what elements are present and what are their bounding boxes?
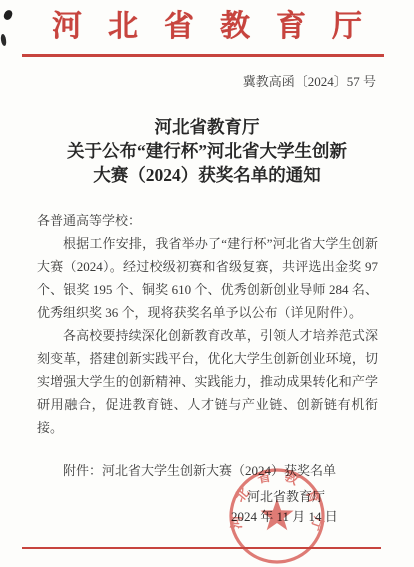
official-seal: 河北省教育厅 — [226, 464, 328, 567]
footer-divider — [22, 547, 381, 549]
star-icon — [260, 499, 293, 531]
masthead: 河北省教育厅 — [0, 10, 414, 44]
notice-body: 各普通高等学校： 根据工作安排，我省举办了“建行杯”河北省大学生创新大赛（202… — [37, 209, 378, 482]
doc-number: 冀教高函〔2024〕57 号 — [243, 73, 376, 90]
header-divider — [22, 54, 384, 57]
paragraph: 根据工作安排，我省举办了“建行杯”河北省大学生创新大赛（2024）。经过校级初赛… — [37, 232, 378, 324]
notice-title: 河北省教育厅 关于公布“建行杯”河北省大学生创新 大赛（2024）获奖名单的通知 — [0, 115, 414, 187]
title-line-2: 关于公布“建行杯”河北省大学生创新 — [0, 139, 414, 163]
document-page: 河北省教育厅 冀教高函〔2024〕57 号 河北省教育厅 关于公布“建行杯”河北… — [0, 0, 414, 567]
title-line-1: 河北省教育厅 — [0, 115, 414, 139]
salutation: 各普通高等学校： — [37, 209, 378, 232]
masthead-agency-name: 河北省教育厅 — [52, 10, 388, 44]
paragraph: 各高校要持续深化创新教育改革，引领人才培养范式深刻变革，搭建创新实践平台，优化大… — [37, 324, 378, 439]
title-line-3: 大赛（2024）获奖名单的通知 — [0, 163, 414, 187]
